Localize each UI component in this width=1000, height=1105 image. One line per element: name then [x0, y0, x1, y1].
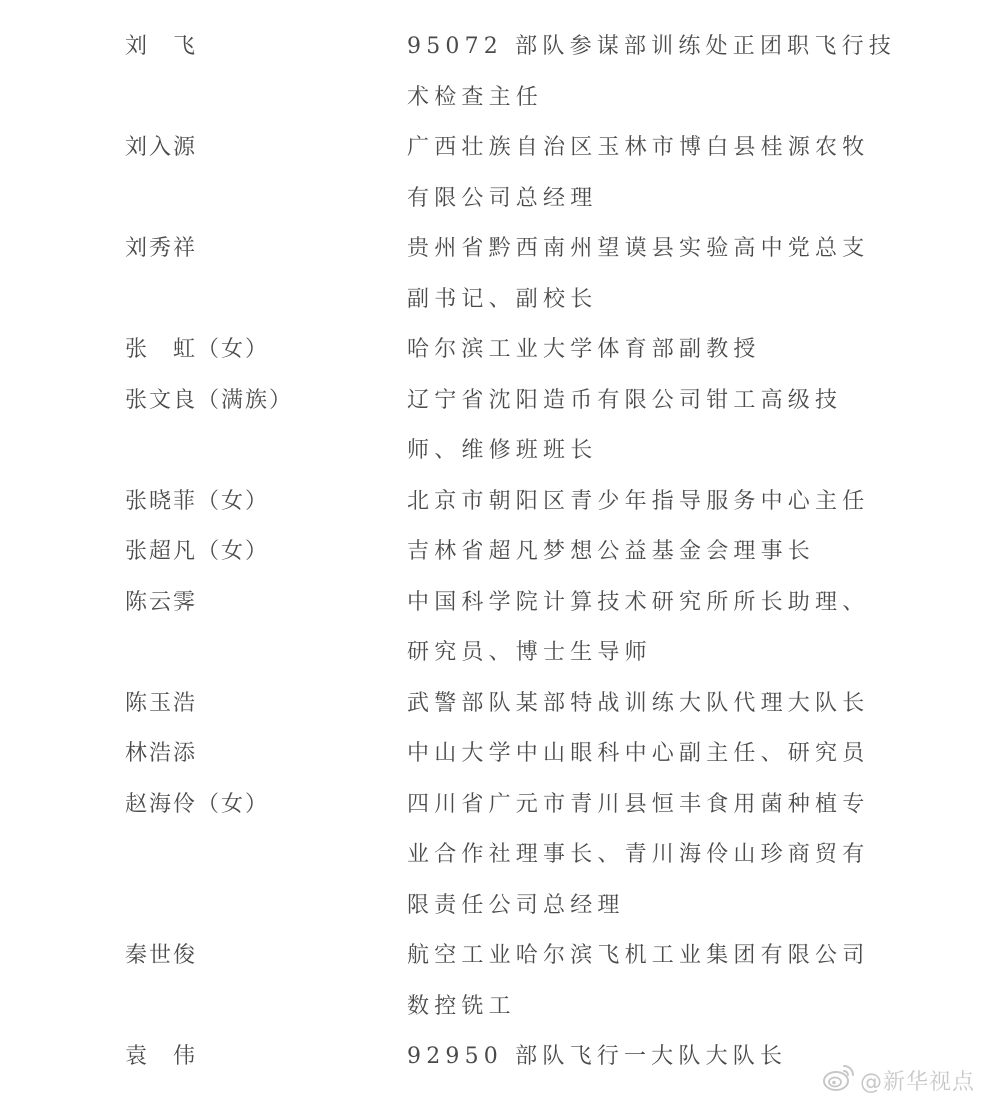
weibo-icon [822, 1062, 856, 1098]
list-entry: 陈云霁 中国科学院计算技术研究所所长助理、 研究员、博士生导师 [0, 578, 1000, 679]
list-entry: 赵海伶（女） 四川省广元市青川县恒丰食用菌种植专 业合作社理事长、青川海伶山珍商… [0, 780, 1000, 932]
person-position: 武警部队某部特战训练大队代理大队长 [407, 679, 867, 730]
position-line: 航空工业哈尔滨飞机工业集团有限公司 [407, 931, 867, 982]
person-position: 吉林省超凡梦想公益基金会理事长 [407, 527, 867, 578]
position-line: 中国科学院计算技术研究所所长助理、 [407, 578, 867, 629]
weibo-watermark: @新华视点 [822, 1062, 975, 1098]
person-name: 张 虹（女） [0, 325, 410, 376]
person-name: 袁 伟 [0, 1032, 410, 1083]
person-name: 陈云霁 [0, 578, 410, 629]
position-line: 师、维修班班长 [407, 426, 867, 477]
position-line: 广西壮族自治区玉林市博白县桂源农牧 [407, 123, 867, 174]
name-list: 刘 飞 95072 部队参谋部训练处正团职飞行技 术检查主任 刘入源 广西壮族自… [0, 22, 1000, 1083]
list-entry: 刘入源 广西壮族自治区玉林市博白县桂源农牧 有限公司总经理 [0, 123, 1000, 224]
position-line: 业合作社理事长、青川海伶山珍商贸有 [407, 830, 867, 881]
position-line: 95072 部队参谋部训练处正团职飞行技 [407, 22, 867, 73]
person-name: 张超凡（女） [0, 527, 410, 578]
person-position: 航空工业哈尔滨飞机工业集团有限公司 数控铣工 [407, 931, 867, 1032]
list-entry: 张 虹（女） 哈尔滨工业大学体育部副教授 [0, 325, 1000, 376]
position-line: 有限公司总经理 [407, 174, 867, 225]
position-line: 辽宁省沈阳造币有限公司钳工高级技 [407, 376, 867, 427]
person-position: 贵州省黔西南州望谟县实验高中党总支 副书记、副校长 [407, 224, 867, 325]
list-entry: 秦世俊 航空工业哈尔滨飞机工业集团有限公司 数控铣工 [0, 931, 1000, 1032]
person-position: 中山大学中山眼科中心副主任、研究员 [407, 729, 867, 780]
list-entry: 刘秀祥 贵州省黔西南州望谟县实验高中党总支 副书记、副校长 [0, 224, 1000, 325]
person-position: 北京市朝阳区青少年指导服务中心主任 [407, 477, 867, 528]
person-position: 辽宁省沈阳造币有限公司钳工高级技 师、维修班班长 [407, 376, 867, 477]
list-entry: 张晓菲（女） 北京市朝阳区青少年指导服务中心主任 [0, 477, 1000, 528]
person-position: 四川省广元市青川县恒丰食用菌种植专 业合作社理事长、青川海伶山珍商贸有 限责任公… [407, 780, 867, 932]
position-line: 副书记、副校长 [407, 275, 867, 326]
watermark-text: @新华视点 [860, 1065, 975, 1096]
position-line: 研究员、博士生导师 [407, 628, 867, 679]
person-name: 刘 飞 [0, 22, 410, 73]
list-entry: 刘 飞 95072 部队参谋部训练处正团职飞行技 术检查主任 [0, 22, 1000, 123]
person-position: 中国科学院计算技术研究所所长助理、 研究员、博士生导师 [407, 578, 867, 679]
position-line: 四川省广元市青川县恒丰食用菌种植专 [407, 780, 867, 831]
person-name: 刘秀祥 [0, 224, 410, 275]
person-name: 张晓菲（女） [0, 477, 410, 528]
person-position: 92950 部队飞行一大队大队长 [407, 1032, 867, 1083]
list-entry: 张超凡（女） 吉林省超凡梦想公益基金会理事长 [0, 527, 1000, 578]
position-line: 贵州省黔西南州望谟县实验高中党总支 [407, 224, 867, 275]
person-name: 赵海伶（女） [0, 780, 410, 831]
position-line: 限责任公司总经理 [407, 881, 867, 932]
position-line: 中山大学中山眼科中心副主任、研究员 [407, 729, 867, 780]
person-name: 刘入源 [0, 123, 410, 174]
position-line: 92950 部队飞行一大队大队长 [407, 1032, 867, 1083]
position-line: 数控铣工 [407, 982, 867, 1033]
list-entry: 陈玉浩 武警部队某部特战训练大队代理大队长 [0, 679, 1000, 730]
position-line: 哈尔滨工业大学体育部副教授 [407, 325, 867, 376]
person-position: 哈尔滨工业大学体育部副教授 [407, 325, 867, 376]
person-name: 秦世俊 [0, 931, 410, 982]
person-name: 林浩添 [0, 729, 410, 780]
list-entry: 林浩添 中山大学中山眼科中心副主任、研究员 [0, 729, 1000, 780]
person-position: 广西壮族自治区玉林市博白县桂源农牧 有限公司总经理 [407, 123, 867, 224]
position-line: 术检查主任 [407, 73, 867, 124]
position-line: 武警部队某部特战训练大队代理大队长 [407, 679, 867, 730]
list-entry: 张文良（满族） 辽宁省沈阳造币有限公司钳工高级技 师、维修班班长 [0, 376, 1000, 477]
person-name: 张文良（满族） [0, 376, 410, 427]
person-position: 95072 部队参谋部训练处正团职飞行技 术检查主任 [407, 22, 867, 123]
position-line: 北京市朝阳区青少年指导服务中心主任 [407, 477, 867, 528]
person-name: 陈玉浩 [0, 679, 410, 730]
position-line: 吉林省超凡梦想公益基金会理事长 [407, 527, 867, 578]
